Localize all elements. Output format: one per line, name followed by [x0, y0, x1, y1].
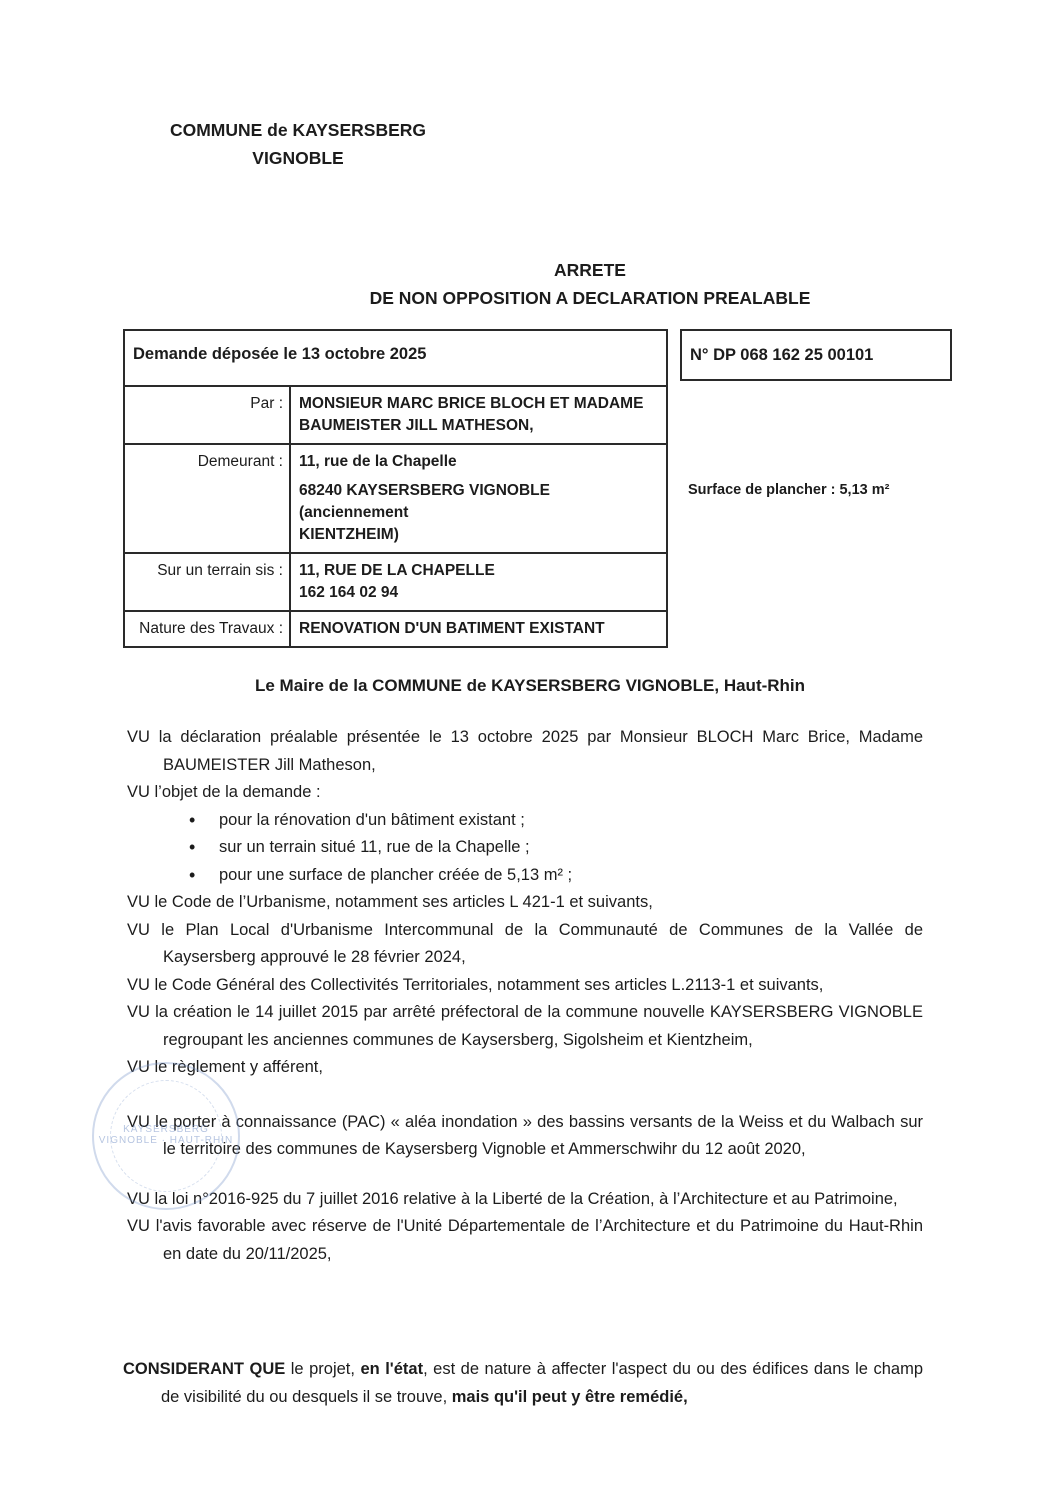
value-line: BAUMEISTER JILL MATHESON,: [299, 415, 658, 437]
considerant-emphasis: mais qu'il peut y être remédié,: [452, 1388, 688, 1406]
list-item: pour la rénovation d'un bâtiment existan…: [189, 807, 923, 835]
vu-creation-commune: VU la création le 14 juillet 2015 par ar…: [127, 999, 923, 1054]
applicant-value: MONSIEUR MARC BRICE BLOCH ET MADAME BAUM…: [290, 386, 667, 444]
vu-loi-2016: VU la loi n°2016-925 du 7 juillet 2016 r…: [127, 1186, 923, 1214]
stamp-text: KAYSERSBERG VIGNOBLE · HAUT-RHIN: [94, 1124, 238, 1146]
row-label: Sur un terrain sis :: [124, 553, 290, 611]
table-row: Sur un terrain sis : 11, RUE DE LA CHAPE…: [124, 553, 667, 611]
vu-avis-udap: VU l'avis favorable avec réserve de l'Un…: [127, 1213, 923, 1268]
commune-name-line1: COMMUNE de KAYSERSBERG: [163, 116, 433, 144]
table-row: Demande déposée le 13 octobre 2025: [124, 330, 667, 386]
floor-surface: Surface de plancher : 5,13 m²: [688, 482, 889, 498]
value-line: 11, rue de la Chapelle: [299, 451, 658, 473]
vu-reglement: VU le règlement y afférent,: [127, 1054, 923, 1082]
title-line2: DE NON OPPOSITION A DECLARATION PREALABL…: [300, 284, 880, 312]
commune-name-line2: VIGNOBLE: [163, 144, 433, 172]
value-line: KIENTZHEIM): [299, 524, 658, 546]
vu-cgct: VU le Code Général des Collectivités Ter…: [127, 972, 923, 1000]
list-item: sur un terrain situé 11, rue de la Chape…: [189, 834, 923, 862]
official-stamp-icon: KAYSERSBERG VIGNOBLE · HAUT-RHIN: [92, 1062, 240, 1210]
address-value: 11, rue de la Chapelle 68240 KAYSERSBERG…: [290, 444, 667, 553]
commune-header: COMMUNE de KAYSERSBERG VIGNOBLE: [163, 116, 433, 172]
table-row: Nature des Travaux : RENOVATION D'UN BAT…: [124, 611, 667, 647]
terrain-value: 11, RUE DE LA CHAPELLE 162 164 02 94: [290, 553, 667, 611]
list-item: pour une surface de plancher créée de 5,…: [189, 862, 923, 890]
dossier-number-box: N° DP 068 162 25 00101: [680, 329, 952, 381]
maire-heading: Le Maire de la COMMUNE de KAYSERSBERG VI…: [120, 676, 940, 696]
row-label: Demeurant :: [124, 444, 290, 553]
vu-section: VU la déclaration préalable présentée le…: [127, 724, 923, 1268]
vu-pac-inondation: VU le porter à connaissance (PAC) « aléa…: [127, 1109, 923, 1164]
objet-list: pour la rénovation d'un bâtiment existan…: [127, 807, 923, 890]
document-title: ARRETE DE NON OPPOSITION A DECLARATION P…: [300, 256, 880, 312]
considerant-emphasis: en l'état: [360, 1360, 423, 1378]
value-line: 162 164 02 94: [299, 582, 658, 604]
value-line: 11, RUE DE LA CHAPELLE: [299, 560, 658, 582]
considerant-paragraph: CONSIDERANT QUE le projet, en l'état, es…: [123, 1356, 923, 1411]
vu-declaration: VU la déclaration préalable présentée le…: [127, 724, 923, 779]
considerant-lead: CONSIDERANT QUE: [123, 1360, 285, 1378]
table-row: Par : MONSIEUR MARC BRICE BLOCH ET MADAM…: [124, 386, 667, 444]
vu-objet: VU l’objet de la demande :: [127, 779, 923, 807]
value-line: MONSIEUR MARC BRICE BLOCH ET MADAME: [299, 393, 658, 415]
row-label: Par :: [124, 386, 290, 444]
works-nature-value: RENOVATION D'UN BATIMENT EXISTANT: [290, 611, 667, 647]
request-info-table: Demande déposée le 13 octobre 2025 Par :…: [123, 329, 668, 648]
considerant-text: le projet,: [285, 1360, 360, 1378]
vu-code-urbanisme: VU le Code de l’Urbanisme, notamment ses…: [127, 889, 923, 917]
title-line1: ARRETE: [300, 256, 880, 284]
table-row: Demeurant : 11, rue de la Chapelle 68240…: [124, 444, 667, 553]
value-line: 68240 KAYSERSBERG VIGNOBLE (anciennement: [299, 480, 658, 524]
row-label: Nature des Travaux :: [124, 611, 290, 647]
request-date: Demande déposée le 13 octobre 2025: [124, 330, 667, 386]
vu-plui: VU le Plan Local d'Urbanisme Intercommun…: [127, 917, 923, 972]
value-line: RENOVATION D'UN BATIMENT EXISTANT: [299, 618, 658, 640]
